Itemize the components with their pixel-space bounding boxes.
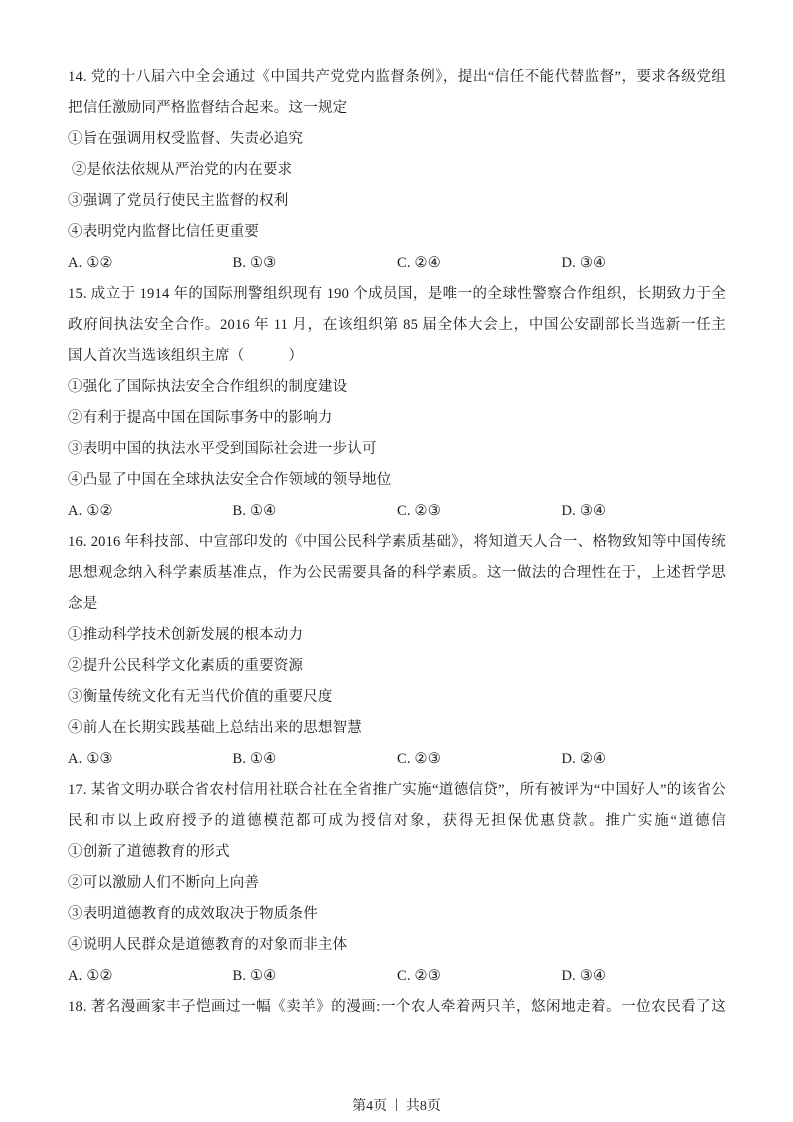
question-16-choice-a: A. ①③	[68, 744, 233, 775]
page-footer: 第4页 | 共8页	[0, 1095, 793, 1115]
question-14-option-2: ②是依法依规从严治党的内在要求	[68, 155, 726, 186]
question-16-stem-line-2: 思想观念纳入科学素质基准点，作为公民需要具备的科学素质。这一做法的合理性在于，上…	[68, 558, 726, 589]
question-14-choice-c: C. ②④	[397, 248, 562, 279]
question-14-stem-line-1: 14. 党的十八届六中全会通过《中国共产党党内监督条例》，提出“信任不能代替监督…	[68, 62, 726, 93]
question-15-option-1: ①强化了国际执法安全合作组织的制度建设	[68, 372, 726, 403]
question-17-option-3: ③表明道德教育的成效取决于物质条件	[68, 899, 726, 930]
question-15-choice-c: C. ②③	[397, 496, 562, 527]
question-17-option-1: ①创新了道德教育的形式	[68, 837, 726, 868]
question-14-choice-d: D. ③④	[562, 248, 727, 279]
question-14-option-1: ①旨在强调用权受监督、失责必追究	[68, 124, 726, 155]
question-17-stem-line-2: 民和市以上政府授予的道德模范都可成为授信对象，获得无担保优惠贷款。推广实施“道德…	[68, 806, 726, 837]
question-15-option-3: ③表明中国的执法水平受到国际社会进一步认可	[68, 434, 726, 465]
question-15: 15. 成立于 1914 年的国际刑警组织现有 190 个成员国，是唯一的全球性…	[68, 279, 726, 527]
question-17-stem-line-1: 17. 某省文明办联合省农村信用社联合社在全省推广实施“道德信贷”，所有被评为“…	[68, 775, 726, 806]
question-15-option-2: ②有利于提高中国在国际事务中的影响力	[68, 403, 726, 434]
question-16-stem-line-3: 念是	[68, 589, 726, 620]
question-17-answer-row: A. ①②B. ①④C. ②③D. ③④	[68, 961, 726, 992]
question-17-choice-b: B. ①④	[233, 961, 398, 992]
question-15-option-4: ④凸显了中国在全球执法安全合作领域的领导地位	[68, 465, 726, 496]
footer-separator: |	[395, 1097, 398, 1113]
footer-page-number: 第4页	[352, 1095, 387, 1115]
footer-total-pages: 共8页	[406, 1095, 441, 1115]
question-16: 16. 2016 年科技部、中宣部印发的《中国公民科学素质基础》，将知道天人合一…	[68, 527, 726, 775]
question-16-choice-b: B. ①④	[233, 744, 398, 775]
question-16-option-1: ①推动科学技术创新发展的根本动力	[68, 620, 726, 651]
question-15-stem-line-3: 国人首次当选该组织主席（ ）	[68, 341, 726, 372]
question-15-answer-row: A. ①②B. ①④C. ②③D. ③④	[68, 496, 726, 527]
question-17-choice-d: D. ③④	[562, 961, 727, 992]
question-17: 17. 某省文明办联合省农村信用社联合社在全省推广实施“道德信贷”，所有被评为“…	[68, 775, 726, 992]
question-17-option-2: ②可以激励人们不断向上向善	[68, 868, 726, 899]
question-15-choice-b: B. ①④	[233, 496, 398, 527]
question-17-choice-c: C. ②③	[397, 961, 562, 992]
question-15-choice-d: D. ③④	[562, 496, 727, 527]
question-16-option-2: ②提升公民科学文化素质的重要资源	[68, 651, 726, 682]
question-17-choice-a: A. ①②	[68, 961, 233, 992]
question-15-stem-line-1: 15. 成立于 1914 年的国际刑警组织现有 190 个成员国，是唯一的全球性…	[68, 279, 726, 310]
question-15-choice-a: A. ①②	[68, 496, 233, 527]
question-16-choice-c: C. ②③	[397, 744, 562, 775]
question-14-option-4: ④表明党内监督比信任更重要	[68, 217, 726, 248]
question-16-answer-row: A. ①③B. ①④C. ②③D. ②④	[68, 744, 726, 775]
question-16-option-3: ③衡量传统文化有无当代价值的重要尺度	[68, 682, 726, 713]
question-16-stem-line-1: 16. 2016 年科技部、中宣部印发的《中国公民科学素质基础》，将知道天人合一…	[68, 527, 726, 558]
question-14-choice-a: A. ①②	[68, 248, 233, 279]
question-16-choice-d: D. ②④	[562, 744, 727, 775]
questions-area: 14. 党的十八届六中全会通过《中国共产党党内监督条例》，提出“信任不能代替监督…	[68, 62, 726, 1023]
question-14-choice-b: B. ①③	[233, 248, 398, 279]
question-14-option-3: ③强调了党员行使民主监督的权利	[68, 186, 726, 217]
question-14-stem-line-2: 把信任激励同严格监督结合起来。这一规定	[68, 93, 726, 124]
question-14-answer-row: A. ①②B. ①③C. ②④D. ③④	[68, 248, 726, 279]
question-18-stem-line-1: 18. 著名漫画家丰子恺画过一幅《卖羊》的漫画:一个农人牵着两只羊，悠闲地走着。…	[68, 992, 726, 1023]
question-14: 14. 党的十八届六中全会通过《中国共产党党内监督条例》，提出“信任不能代替监督…	[68, 62, 726, 279]
question-16-option-4: ④前人在长期实践基础上总结出来的思想智慧	[68, 713, 726, 744]
question-18: 18. 著名漫画家丰子恺画过一幅《卖羊》的漫画:一个农人牵着两只羊，悠闲地走着。…	[68, 992, 726, 1023]
question-15-stem-line-2: 政府间执法安全合作。2016 年 11 月，在该组织第 85 届全体大会上，中国…	[68, 310, 726, 341]
exam-page: 14. 党的十八届六中全会通过《中国共产党党内监督条例》，提出“信任不能代替监督…	[0, 0, 793, 1122]
question-17-option-4: ④说明人民群众是道德教育的对象而非主体	[68, 930, 726, 961]
